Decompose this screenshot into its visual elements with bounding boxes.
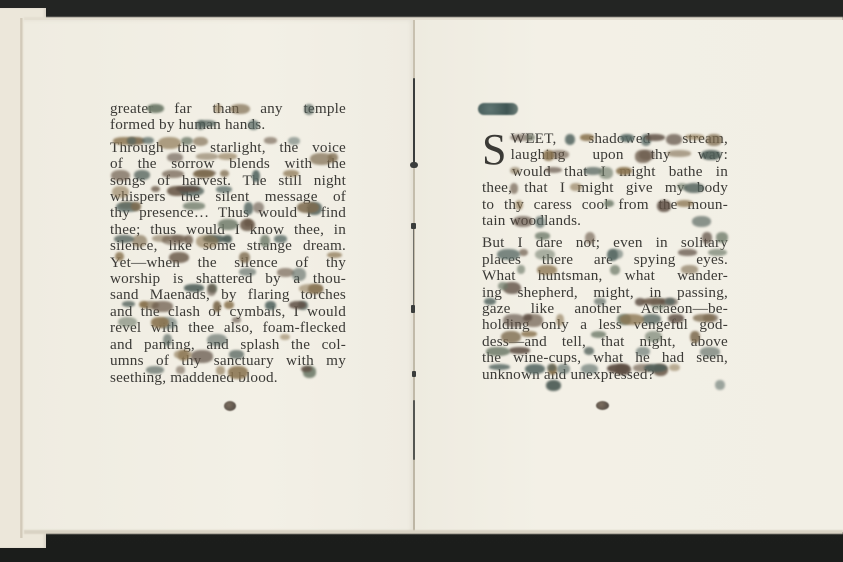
speck-mark [240,219,255,231]
speck-mark [644,364,668,373]
speck-mark [184,284,204,291]
cover-fold-line [20,18,23,538]
speck-mark [169,252,190,263]
speck-mark [244,202,253,214]
section-ornament-icon [478,103,518,115]
binding-stitch [412,371,416,377]
text-line: laughing upon thy way: [482,147,728,163]
speck-mark [666,134,682,145]
speck-mark [228,366,249,378]
speck-mark [616,167,632,176]
speck-mark [537,265,557,274]
speck-mark [543,150,554,161]
speck-mark [607,249,618,261]
speck-mark [497,249,520,261]
speck-mark [158,137,181,149]
speck-mark [716,232,728,242]
speck-mark [535,249,556,260]
speck-mark [327,252,342,259]
speck-mark [521,331,537,337]
speck-mark [645,134,665,141]
speck-mark [657,200,671,212]
speck-mark [535,216,545,228]
speck-mark [685,134,704,140]
speck-mark [280,334,290,340]
speck-mark [297,202,319,213]
speck-mark [684,183,705,193]
speck-mark [196,120,205,129]
speck-mark [191,350,213,363]
speck-mark [118,317,137,327]
speck-mark [570,183,582,191]
speck-mark [693,314,716,321]
speck-mark [224,301,234,309]
speck-mark [196,153,218,160]
speck-mark [162,170,184,178]
speck-mark [304,104,314,115]
speck-mark [167,153,182,162]
binding-stitch [410,162,418,168]
paragraph: S WEET, shadowed stream, laughing upon t… [482,131,728,229]
speck-mark [115,252,124,261]
speck-mark [645,331,662,342]
speck-mark [667,150,691,157]
speck-mark [510,183,519,193]
speck-mark [239,252,250,264]
speck-mark [700,347,720,356]
speck-mark [636,347,650,356]
speck-mark [183,202,204,209]
speck-mark [526,134,535,141]
speck-mark [580,134,594,141]
speck-mark [193,137,209,146]
speck-mark [515,200,523,210]
speck-mark [676,200,693,207]
text-line: unknown and unexpressed? [482,367,728,383]
page-edge-bottom [24,530,843,534]
speck-mark [565,134,575,145]
speck-mark [708,249,726,257]
speck-mark [310,153,333,165]
speck-mark [223,235,232,243]
speck-mark [599,167,613,179]
speck-mark [220,170,229,177]
speck-mark [581,364,598,374]
speck-mark [218,153,237,160]
binding-thread [413,228,414,308]
speck-mark [668,314,684,323]
text-line: and panting, and splash the col- [110,337,346,353]
speck-mark [557,364,569,374]
speck-mark [525,364,545,374]
speck-mark [111,170,130,181]
speck-mark [547,364,555,371]
speck-mark [692,216,711,227]
text-line: revel with thee also, foam-flecked [110,320,346,336]
speck-mark [503,314,526,327]
speck-mark [152,301,172,312]
speck-mark [142,137,154,144]
speck-mark [122,301,135,307]
speck-mark [176,366,184,373]
speck-mark [702,232,712,243]
speck-mark [196,235,217,248]
speck-mark [510,167,520,174]
binding-stitch [411,305,415,313]
text-line: formed by human hands. [110,117,346,133]
speck-mark [264,137,277,144]
speck-mark [678,249,697,256]
speck-mark [229,350,244,359]
left-page-text: greater far than any temple formed by hu… [110,101,346,392]
speck-mark [517,265,525,273]
speck-mark [265,301,276,310]
speck-mark [299,284,322,292]
speck-mark [274,235,288,243]
speck-mark [681,265,698,273]
speck-mark [509,347,530,354]
drop-cap: S [482,133,507,167]
speck-mark [216,186,231,193]
speck-mark [690,331,700,343]
speck-mark [193,170,214,178]
speck-mark [669,364,679,371]
speck-mark [239,268,256,276]
speck-mark [665,298,675,305]
speck-mark [610,265,620,275]
speck-mark [151,317,169,328]
speck-mark [162,235,185,245]
speck-mark [213,301,221,312]
speck-mark [489,364,511,370]
speck-mark [546,380,562,391]
speck-mark [620,314,644,325]
speck-mark [207,284,215,296]
speck-mark [131,202,141,210]
leaf-ornament-icon [596,401,609,410]
speck-mark [498,282,508,290]
speck-mark [207,334,227,346]
text-line: Yet—when the silence of thy [110,255,346,271]
paragraph: But I dare not; even in solitary places … [482,235,728,383]
binding-thread [413,400,415,460]
speck-mark [216,366,225,375]
speck-mark [591,331,607,338]
leaf-ornament-icon [224,401,236,411]
binding-thread [413,78,415,168]
speck-mark [288,137,300,145]
speck-mark [174,350,192,359]
speck-mark [635,150,650,162]
speck-mark [289,301,306,309]
speck-mark [134,170,150,180]
speck-mark [292,268,306,281]
speck-mark [706,134,722,146]
speck-mark [176,186,199,192]
speck-mark [620,134,634,142]
speck-mark [535,232,550,240]
speck-mark [715,380,725,390]
